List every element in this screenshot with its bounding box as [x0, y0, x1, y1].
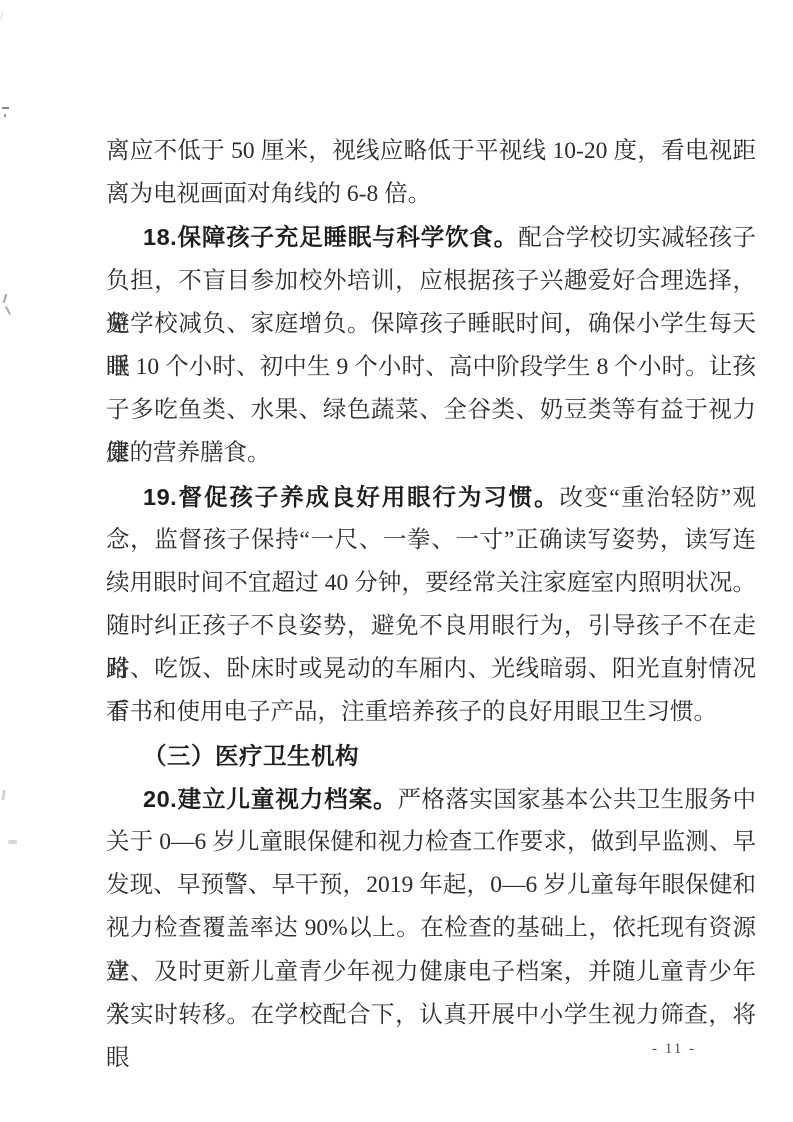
scan-artifact: [8, 840, 17, 844]
line-text: 看书和使用电子产品，注重培养孩子的良好用眼卫生习惯。: [106, 699, 717, 725]
line-text: 学实时转移。在学校配合下，认真开展中小学生视力筛查，将眼: [106, 1002, 756, 1071]
text-line: 18.保障孩子充足睡眠与科学饮食。配合学校切实减轻孩子: [106, 216, 756, 259]
line-text: 离为电视画面对角线的 6-8 倍。: [106, 181, 431, 207]
document-page: 离应不低于 50 厘米，视线应略低于平视线 10-20 度，看电视距离为电视画面…: [0, 0, 793, 1122]
text-line: 19.督促孩子养成良好用眼行为习惯。改变“重治轻防”观: [106, 476, 756, 519]
scan-artifact: [2, 107, 9, 109]
paragraph: 18.保障孩子充足睡眠与科学饮食。配合学校切实减轻孩子负担，不盲目参加校外培训，…: [106, 216, 756, 475]
text-line: 看书和使用电子产品，注重培养孩子的良好用眼卫生习惯。: [106, 691, 756, 734]
line-text: 发现、早预警、早干预，2019 年起，0—6 岁儿童每年眼保健和: [106, 872, 756, 898]
bold-lead: 19.督促孩子养成良好用眼行为习惯。: [143, 484, 559, 510]
text-line: 免学校减负、家庭增负。保障孩子睡眠时间，确保小学生每天睡: [106, 303, 756, 346]
section-heading-paragraph: （三）医疗卫生机构: [106, 735, 756, 778]
text-line: 负担，不盲目参加校外培训，应根据孩子兴趣爱好合理选择，避: [106, 260, 756, 303]
text-line: 眠 10 个小时、初中生 9 个小时、高中阶段学生 8 个小时。让孩: [106, 346, 756, 389]
text-line: 续用眼时间不宜超过 40 分钟，要经常关注家庭室内照明状况。: [106, 562, 756, 605]
text-line: 学实时转移。在学校配合下，认真开展中小学生视力筛查，将眼: [106, 994, 756, 1037]
text-line: 关于 0—6 岁儿童眼保健和视力检查工作要求，做到早监测、早: [106, 821, 756, 864]
text-line: 随时纠正孩子不良姿势，避免不良用眼行为，引导孩子不在走路: [106, 605, 756, 648]
text-line: 20.建立儿童视力档案。严格落实国家基本公共卫生服务中: [106, 778, 756, 821]
text-line: 康的营养膳食。: [106, 432, 756, 475]
bold-lead: 18.保障孩子充足睡眠与科学饮食。: [143, 224, 518, 250]
text-line: 离为电视画面对角线的 6-8 倍。: [106, 173, 756, 216]
section-heading: （三）医疗卫生机构: [106, 735, 756, 778]
scan-artifact: [3, 294, 8, 303]
text-line: 发现、早预警、早干预，2019 年起，0—6 岁儿童每年眼保健和: [106, 864, 756, 907]
line-text: 改变“重治轻防”观: [559, 485, 756, 511]
text-line: 立、及时更新儿童青少年视力健康电子档案，并随儿童青少年入: [106, 951, 756, 994]
scan-artifact: [0, 12, 8, 20]
text-line: 视力检查覆盖率达 90%以上。在检查的基础上，依托现有资源建: [106, 907, 756, 950]
text-line: 离应不低于 50 厘米，视线应略低于平视线 10-20 度，看电视距: [106, 130, 756, 173]
text-line: 念，监督孩子保持“一尺、一拳、一寸”正确读写姿势，读写连: [106, 519, 756, 562]
line-text: 续用眼时间不宜超过 40 分钟，要经常关注家庭室内照明状况。: [106, 570, 756, 596]
paragraph: 19.督促孩子养成良好用眼行为习惯。改变“重治轻防”观念，监督孩子保持“一尺、一…: [106, 476, 756, 735]
bold-lead: （三）医疗卫生机构: [143, 743, 359, 769]
line-text: 眠 10 个小时、初中生 9 个小时、高中阶段学生 8 个小时。让孩: [106, 354, 756, 380]
line-text: 关于 0—6 岁儿童眼保健和视力检查工作要求，做到早监测、早: [106, 829, 756, 855]
line-text: 严格落实国家基本公共卫生服务中: [397, 787, 756, 813]
paragraph: 20.建立儿童视力档案。严格落实国家基本公共卫生服务中关于 0—6 岁儿童眼保健…: [106, 778, 756, 1037]
page-number: - 11 -: [652, 1041, 696, 1058]
scan-artifact: [4, 114, 6, 117]
line-text: 离应不低于 50 厘米，视线应略低于平视线 10-20 度，看电视距: [106, 138, 756, 164]
document-body: 离应不低于 50 厘米，视线应略低于平视线 10-20 度，看电视距离为电视画面…: [106, 130, 756, 1037]
paragraph: 离应不低于 50 厘米，视线应略低于平视线 10-20 度，看电视距离为电视画面…: [106, 130, 756, 216]
scan-artifact: [5, 306, 11, 315]
line-text: 念，监督孩子保持“一尺、一拳、一寸”正确读写姿势，读写连: [106, 527, 756, 553]
bold-lead: 20.建立儿童视力档案。: [143, 786, 397, 812]
line-text: 康的营养膳食。: [106, 440, 271, 466]
text-line: 子多吃鱼类、水果、绿色蔬菜、全谷类、奶豆类等有益于视力健: [106, 389, 756, 432]
text-line: 时、吃饭、卧床时或晃动的车厢内、光线暗弱、阳光直射情况下: [106, 648, 756, 691]
scan-artifact: [1, 790, 6, 800]
line-text: 配合学校切实减轻孩子: [518, 225, 756, 251]
